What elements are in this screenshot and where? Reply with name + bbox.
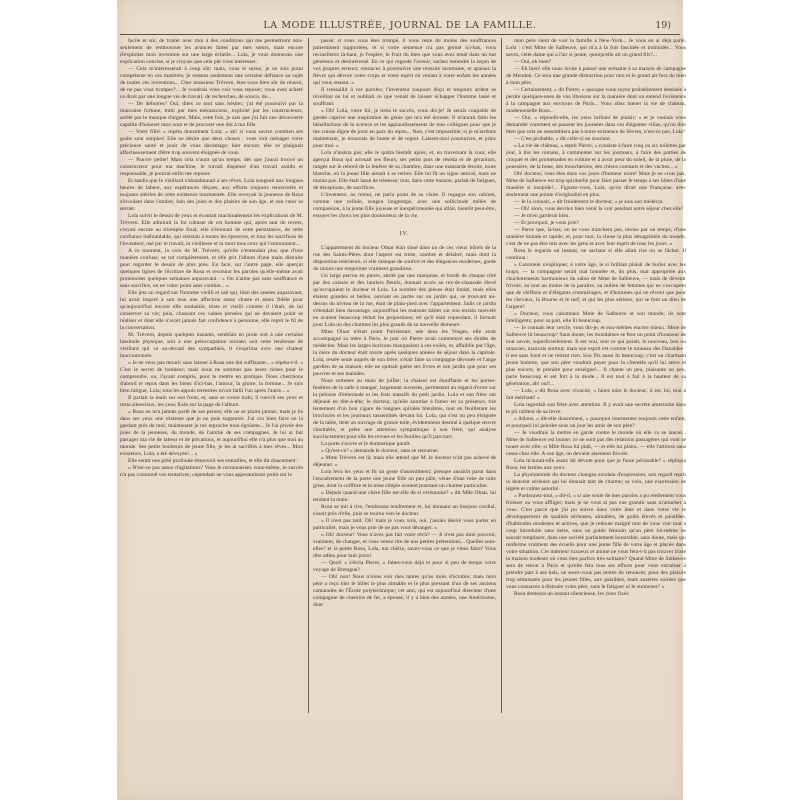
paragraph: — Oui, » répondit-elle, les yeux brillan… — [506, 115, 686, 136]
paragraph: « La vie de château, » reprit Pierre, « … — [506, 143, 686, 171]
paragraph: « Comment s'expliquer, à votre âge, le s… — [506, 262, 686, 311]
journal-title: LA MODE ILLUSTRÉE, JOURNAL DE LA FAMILLE… — [117, 20, 683, 31]
header-rule — [120, 34, 680, 35]
paragraph: — Oui, eh bien? — [506, 59, 686, 66]
paragraph: Un large perron en pierre, abrité par un… — [313, 273, 496, 329]
paragraph: « Qu'est-ce? » demande le docteur, sans … — [313, 448, 496, 455]
column-2: passé; si vous vous êtes trompé, il vous… — [313, 38, 496, 713]
paragraph: — Pauvre petite! Mais cela n'aura qu'un … — [120, 157, 303, 178]
paragraph: « Oh! docteur! Vous n'avez pas fait votr… — [313, 532, 496, 560]
column-divider — [501, 38, 502, 713]
column-divider — [308, 38, 309, 713]
paragraph: Oh! docteur, vous êtes dans vos jours d'… — [506, 171, 686, 199]
paragraph: La porte s'ouvre et le domestique paraît… — [313, 441, 496, 448]
paragraph: — Parce que, là-bas, on ne vous trancher… — [506, 227, 686, 248]
paragraph: — Je la connais, » dit froidement le doc… — [506, 199, 686, 206]
column-3: mon père vient de voir la famille à New-… — [506, 38, 686, 718]
paragraph: — Oh! alors, vous devriez bien venir la … — [506, 206, 686, 213]
page-header: LA MODE ILLUSTRÉE, JOURNAL DE LA FAMILLE… — [117, 14, 683, 32]
paragraph: — Certainement, » dit Pierre, « quoique … — [506, 87, 686, 115]
paragraph: — De déboires? Oui, dites ce mot sans hé… — [120, 101, 303, 129]
paragraph: Nous sommes au mois de juillet; la chale… — [313, 378, 496, 441]
paragraph: L'inventeur, au retour, ne parla point d… — [313, 192, 496, 220]
paragraph: passé; si vous vous êtes trompé, il vous… — [313, 38, 496, 87]
section-number: IV. — [313, 230, 496, 237]
paragraph: « Il n'est pas tard. Oh! mais je vous vo… — [313, 518, 496, 532]
paragraph: L'appartement du docteur Olnar était sit… — [313, 245, 496, 273]
newspaper-page: LA MODE ILLUSTRÉE, JOURNAL DE LA FAMILLE… — [117, 0, 683, 800]
paragraph: A ce moment, la voix de M. Trévern, qu'e… — [120, 248, 303, 290]
paragraph: — Je voudrais la mettre en garde contre … — [506, 430, 686, 458]
paragraph: « Oh! Lola, votre foi, je tiens le succè… — [313, 108, 496, 150]
paragraph: Elle jeta un regard sur l'homme vieilli … — [120, 290, 303, 332]
paragraph: — Votre fille! » répéta doucement Lola; … — [120, 129, 303, 157]
paragraph: — C'est probable, » dit celle-ci en sour… — [506, 136, 686, 143]
page-number: 19) — [655, 20, 671, 31]
paragraph: Et tandis que le vieillard s'abandonnait… — [120, 178, 303, 213]
article-columns: facile et sûr, de traiter avec moi à des… — [120, 38, 680, 718]
paragraph: Elle sentit une pitié profonde émouvoir … — [120, 458, 303, 465]
paragraph: « N'est-ce pas assez d'agitations? Vous … — [120, 465, 303, 479]
paragraph: mon père vient de voir la famille à New-… — [506, 38, 686, 59]
paragraph: « Depuis quand une chère fille est-elle … — [313, 490, 496, 504]
paragraph: Lola n'insista pas; elle le quitta bient… — [313, 150, 496, 192]
paragraph: Rosa le regarda un instant, ne sachant s… — [506, 248, 686, 262]
paragraph: — Quoi! » s'écria Pierre, « faites-vous … — [313, 560, 496, 574]
paragraph: — Je connais leur cercle, vous dis-je, e… — [506, 325, 686, 388]
paragraph: Lola m'aurait-elle assez dit dévote pour… — [506, 458, 686, 472]
paragraph: « Allons, » dit-elle doucement, « pourqu… — [506, 416, 686, 430]
column-1: facile et sûr, de traiter avec moi à des… — [120, 38, 303, 713]
paragraph: « Docteur, vous calomniez Mme de Salbeuv… — [506, 311, 686, 325]
paragraph: — Eh bien! elle nous invite à passer une… — [506, 66, 686, 87]
paragraph: — Oh! non! Nous n'irons voir mes tantes … — [313, 574, 496, 609]
paragraph: Rosa demeura un instant silencieuse, les… — [506, 591, 686, 598]
paragraph: Mme Olnar n'était point Parisienne; née … — [313, 329, 496, 378]
paragraph: facile et sûr, de traiter avec moi à des… — [120, 38, 303, 66]
paragraph: La physionomie du docteur changea soudai… — [506, 472, 686, 493]
paragraph: — Je m'en garderai bien. — [506, 213, 686, 220]
paragraph: « Rosa ne m'a jamais parlé de ses peines… — [120, 409, 303, 458]
paragraph: — Lola, » dit Rosa avec vivacité, « fait… — [506, 388, 686, 402]
paragraph: — Cela m'intéresserait à coup sûr; mais,… — [120, 66, 303, 101]
paragraph: Il parlait la main sur son front, et, sa… — [120, 395, 303, 409]
paragraph: Rosa se mit à rire, l'embrassa tendremen… — [313, 504, 496, 518]
paragraph: Lola suivit le dessin de yeux et écoutai… — [120, 213, 303, 248]
paragraph: Lola leva les yeux et fit un geste d'ass… — [313, 469, 496, 490]
paragraph: — Et pourquoi, je vous prie? — [506, 220, 686, 227]
paragraph: M. Trévern, depuis quelques instants, se… — [120, 332, 303, 360]
paragraph: Il tressaillit à ces paroles; l'inventeu… — [313, 87, 496, 108]
paragraph: « Pardonnez-moi, » dit-il, « si une seul… — [506, 493, 686, 591]
paragraph: « Je ne veux pas mourir sans laisser à R… — [120, 360, 303, 395]
paragraph: Lola regardait son frère avec attention.… — [506, 402, 686, 416]
paragraph: « Mme Trévern est là; mais elle attend q… — [313, 455, 496, 469]
